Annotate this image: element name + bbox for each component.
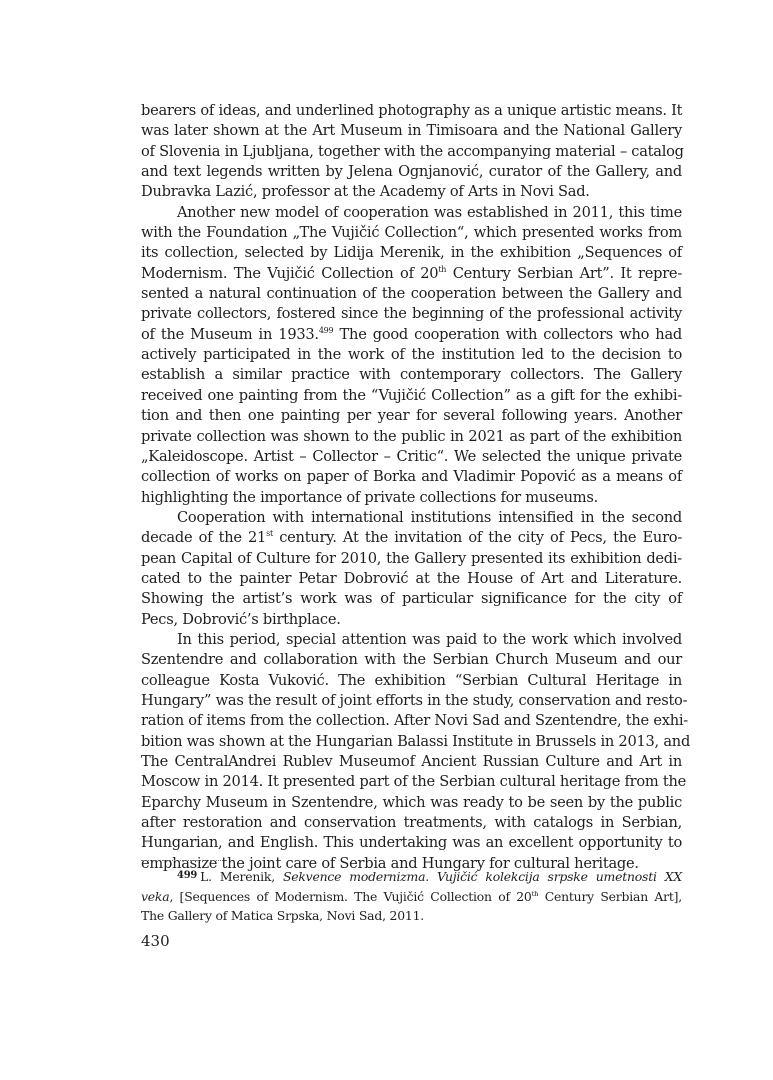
text-line: highlighting the importance of private c… — [141, 488, 682, 508]
footnote-separator — [141, 860, 223, 861]
text-line: Szentendre and collaboration with the Se… — [141, 650, 682, 670]
text-line: In this period, special attention was pa… — [141, 630, 682, 650]
paragraph: Another new model of cooperation was est… — [141, 203, 682, 508]
text-run: Century Serbian Art”. It repre- — [446, 265, 682, 282]
footnote-title: Sekvence modernizma. Vujičić kolekcija s… — [283, 869, 682, 884]
text-line: establish a similar practice with contem… — [141, 365, 682, 385]
text-line: was later shown at the Art Museum in Tim… — [141, 121, 682, 141]
footnote-author: L. Merenik, — [200, 869, 283, 884]
text-line: bearers of ideas, and underlined photogr… — [141, 101, 682, 121]
ordinal-superscript: st — [266, 529, 273, 538]
text-line: sented a natural continuation of the coo… — [141, 284, 682, 304]
text-line: ration of items from the collection. Aft… — [141, 711, 682, 731]
text-run: The good cooperation with collectors who… — [333, 326, 682, 343]
text-line: colleague Kosta Vuković. The exhibition … — [141, 671, 682, 691]
text-run: decade of the 21 — [141, 529, 266, 546]
footnote-line-1: 499L. Merenik, Sekvence modernizma. Vuji… — [141, 867, 682, 887]
text-line: Pecs, Dobrović’s birthplace. — [141, 610, 682, 630]
text-line: Modernism. The Vujičić Collection of 20t… — [141, 264, 682, 284]
text-line: tion and then one painting per year for … — [141, 406, 682, 426]
footnotes: 499L. Merenik, Sekvence modernizma. Vuji… — [141, 867, 682, 926]
footnote-line-2: veka, [Sequences of Modernism. The Vujič… — [141, 887, 682, 907]
text-line: and text legends written by Jelena Ognja… — [141, 162, 682, 182]
footnote-translation: , [Sequences of Modernism. The Vujičić C… — [169, 889, 531, 904]
page-number: 430 — [141, 932, 170, 950]
footnote-line-3: The Gallery of Matica Srpska, Novi Sad, … — [141, 906, 682, 926]
text-run: century. At the invitation of the city o… — [273, 529, 682, 546]
body-text: bearers of ideas, and underlined photogr… — [141, 101, 682, 874]
text-run: of the Museum in 1933. — [141, 326, 319, 343]
text-line: with the Foundation „The Vujičić Collect… — [141, 223, 682, 243]
text-line: Another new model of cooperation was est… — [141, 203, 682, 223]
text-line: „Kaleidoscope. Artist – Collector – Crit… — [141, 447, 682, 467]
text-line: pean Capital of Culture for 2010, the Ga… — [141, 549, 682, 569]
text-line: after restoration and conservation treat… — [141, 813, 682, 833]
text-line: of Slovenia in Ljubljana, together with … — [141, 142, 682, 162]
footnote-reference[interactable]: 499 — [319, 326, 334, 335]
footnote-number: 499 — [177, 870, 197, 881]
text-line: cated to the painter Petar Dobrović at t… — [141, 569, 682, 589]
text-line: decade of the 21st century. At the invit… — [141, 528, 682, 548]
document-page: bearers of ideas, and underlined photogr… — [0, 0, 773, 1080]
text-line: of the Museum in 1933.499 The good coope… — [141, 325, 682, 345]
text-run: Modernism. The Vujičić Collection of 20 — [141, 265, 438, 282]
text-line: bition was shown at the Hungarian Balass… — [141, 732, 682, 752]
text-line: Dubravka Lazić, professor at the Academy… — [141, 182, 682, 202]
text-line: Hungarian, and English. This undertaking… — [141, 833, 682, 853]
paragraph: bearers of ideas, and underlined photogr… — [141, 101, 682, 203]
paragraph: In this period, special attention was pa… — [141, 630, 682, 874]
text-line: actively participated in the work of the… — [141, 345, 682, 365]
text-line: The CentralAndrei Rublev Museumof Ancien… — [141, 752, 682, 772]
text-line: Showing the artist’s work was of particu… — [141, 589, 682, 609]
text-line: Eparchy Museum in Szentendre, which was … — [141, 793, 682, 813]
text-line: received one painting from the “Vujičić … — [141, 386, 682, 406]
footnote-title-cont: veka — [141, 889, 169, 904]
paragraph: Cooperation with international instituti… — [141, 508, 682, 630]
text-line: Cooperation with international instituti… — [141, 508, 682, 528]
text-line: collection of works on paper of Borka an… — [141, 467, 682, 487]
footnote-translation-end: Century Serbian Art], — [538, 889, 682, 904]
text-line: Hungary” was the result of joint efforts… — [141, 691, 682, 711]
text-line: private collectors, fostered since the b… — [141, 304, 682, 324]
text-line: private collection was shown to the publ… — [141, 427, 682, 447]
text-line: Moscow in 2014. It presented part of the… — [141, 772, 682, 792]
text-line: its collection, selected by Lidija Meren… — [141, 243, 682, 263]
